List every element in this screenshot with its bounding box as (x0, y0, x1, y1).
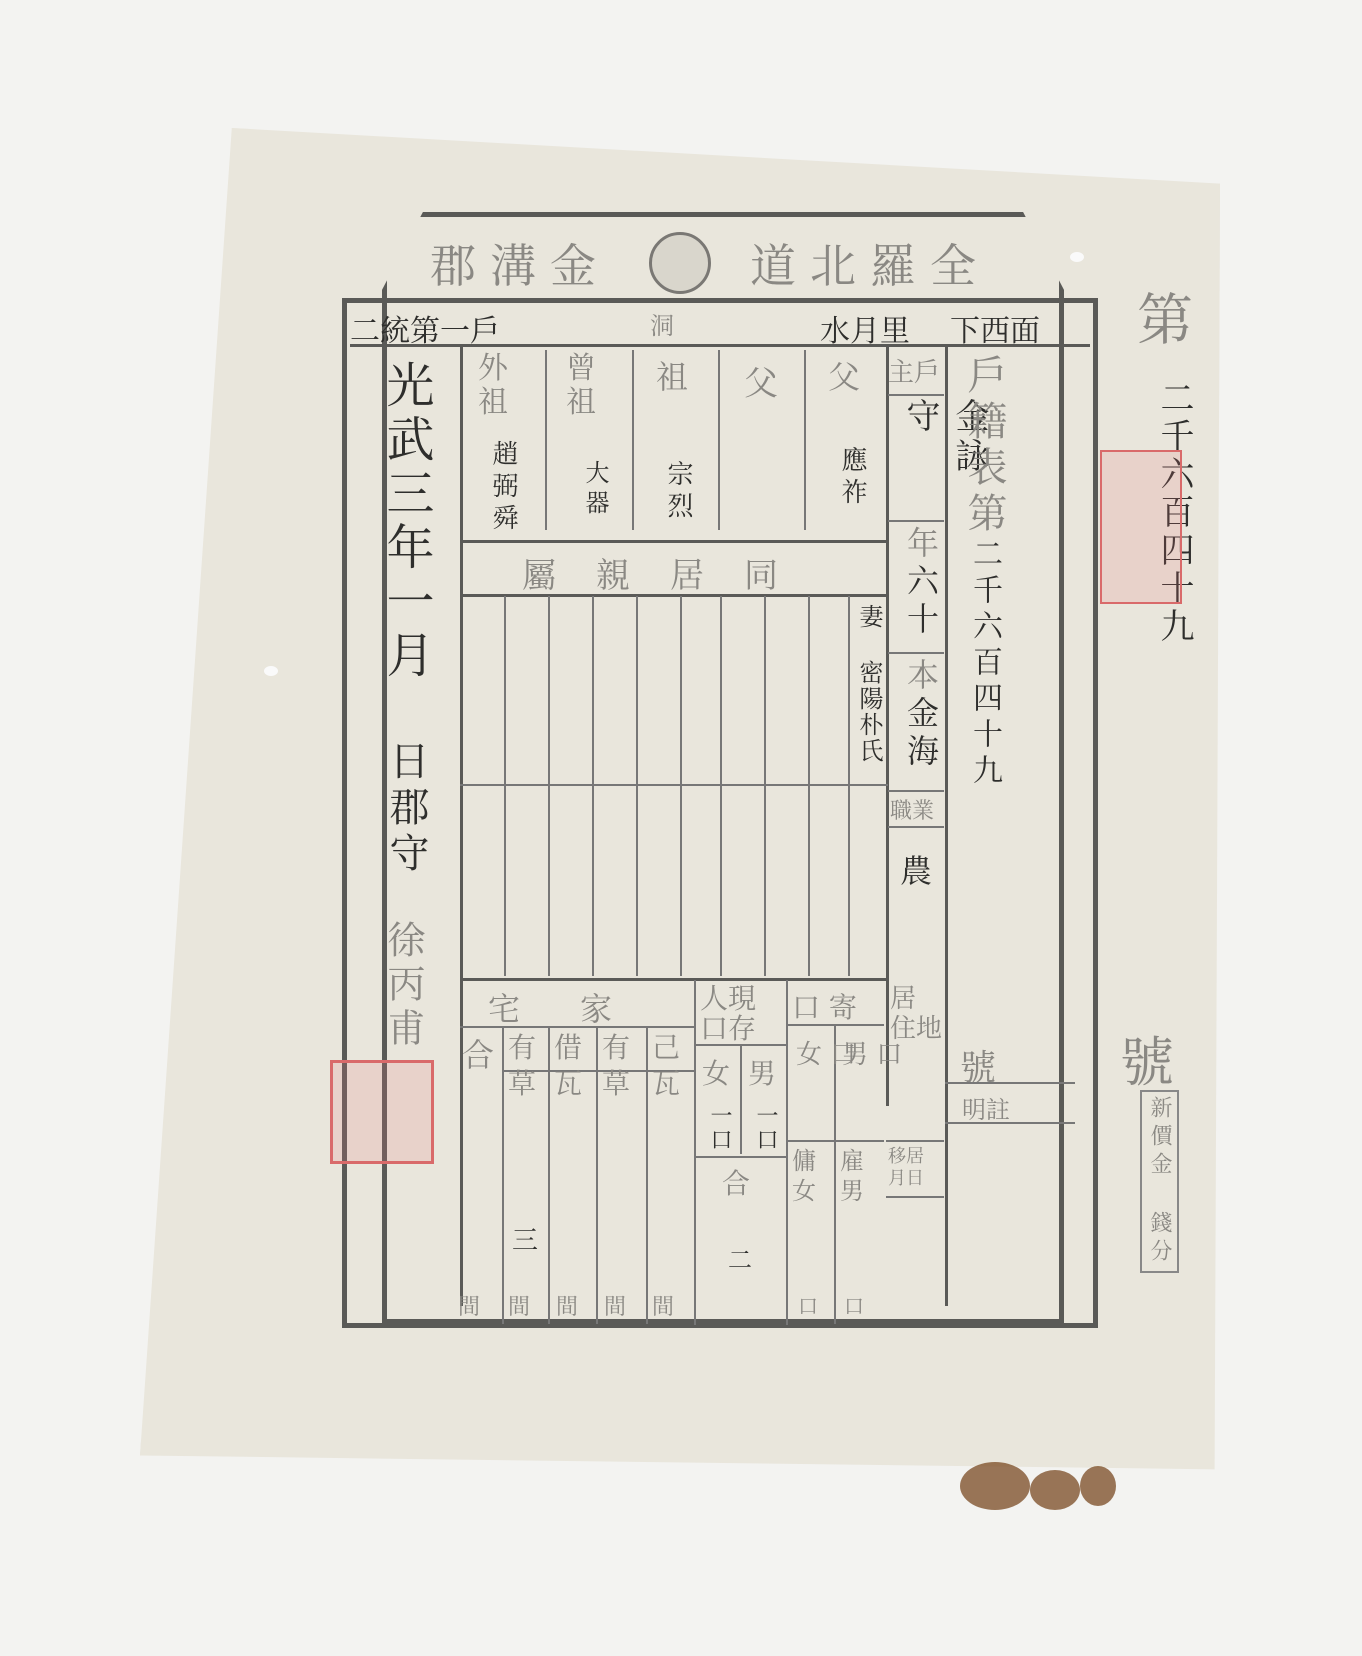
unit-4: 間 (604, 1290, 626, 1321)
day: 日 (383, 740, 429, 786)
label-maternal-grandfather: 外祖 (478, 352, 508, 420)
great-grandfather-name: 大器 (578, 460, 613, 520)
official-title: 郡守 (383, 786, 429, 878)
register-number: 二千六百四十九 (967, 538, 1002, 790)
emblem-icon (649, 232, 711, 294)
stain (1080, 1466, 1116, 1506)
official-seal (330, 1060, 434, 1164)
female-label: 女 (702, 1052, 730, 1092)
hired-female-unit: 口 (798, 1290, 818, 1319)
maternal-grandfather-name: 趙弼舜 (485, 440, 522, 536)
tong-ho: 二統第一戶 (350, 306, 500, 350)
province-title: 全羅北道 (750, 230, 990, 296)
borrowed-thatch-label: 有草 (508, 1030, 536, 1102)
population-label: 人現口存 (700, 984, 756, 1044)
cohabiting-member: 妻 密陽朴氏 (852, 604, 887, 764)
dong-label: 洞 (650, 306, 674, 341)
label-great-grandfather: 曾祖 (566, 352, 596, 420)
age-field: 年六十 (898, 526, 944, 640)
residence-label: 居住地 (890, 984, 942, 1044)
owned-tile-label: 己瓦 (652, 1030, 680, 1102)
register-title: 戶籍表 (961, 354, 1007, 492)
stub-seal (1100, 450, 1182, 604)
householder-label-cell: 主戶 (888, 352, 944, 396)
label-grandfather: 祖 (656, 352, 688, 398)
official-name: 徐丙甫 (376, 920, 431, 1052)
label-father-2: 父 (744, 356, 778, 405)
borrowed-thatch-value: 三 (512, 1220, 538, 1257)
house-header: 家宅 (470, 984, 690, 1030)
table-left-border (460, 346, 463, 1306)
county-title: 金溝郡 (430, 230, 610, 296)
house-total-label: 合 (462, 1030, 494, 1076)
pin-hole (1070, 252, 1084, 262)
myeon-name: 下西面 (950, 306, 1040, 350)
cohabiting-header: 同居親屬 (470, 548, 870, 597)
householder-label: 主戶 (888, 358, 940, 388)
month: 一月 (378, 576, 434, 684)
owned-thatch-label: 有草 (602, 1030, 630, 1102)
origin-value: 金海 (902, 696, 940, 772)
unit-3: 間 (556, 1290, 578, 1321)
origin-field: 本金海 (898, 658, 944, 772)
era: 光武 (378, 360, 434, 468)
label-father: 父 (828, 352, 860, 398)
date-day-official: 日郡守 (378, 740, 435, 878)
ri-name: 水月里 (820, 306, 910, 350)
register-number-label: 第 (961, 492, 1007, 538)
grandfather-name: 宗烈 (660, 460, 697, 524)
male-count: 一口 (750, 1104, 781, 1152)
move-date-label: 移居月日 (888, 1146, 924, 1190)
register-header: 戶籍表第二千六百四十九 (956, 354, 1013, 790)
total-value: 二 (728, 1240, 752, 1275)
year: 三年 (378, 468, 434, 576)
origin-label: 本 (902, 658, 940, 696)
notes-label: 註明 (962, 1090, 1010, 1125)
unit-5: 間 (652, 1290, 674, 1321)
pin-hole (264, 666, 278, 676)
stub-number-char: 號 (1120, 1020, 1174, 1097)
stain (1030, 1470, 1080, 1510)
date-era-year-month: 光武三年一月 (372, 360, 441, 684)
father-name: 應祚 (834, 446, 871, 510)
unit-1: 間 (458, 1290, 480, 1321)
age-label: 年 (902, 526, 940, 564)
occupation-label: 職業 (890, 794, 934, 825)
title-row: 金溝郡 全羅北道 (430, 228, 990, 298)
hired-male-unit: 口 (844, 1290, 864, 1319)
age-value: 六十 (902, 564, 940, 640)
hired-male-label: 雇男 (840, 1146, 864, 1206)
female-count: 一口 (704, 1104, 735, 1152)
borrowed-tile-label: 借瓦 (554, 1030, 582, 1102)
address-row: 二統第一戶 洞 水月里 下西面 (350, 306, 1090, 347)
total-label: 合 (722, 1162, 750, 1202)
stain (960, 1462, 1030, 1510)
hired-label: 傭女 (792, 1146, 816, 1206)
male-label: 男 (748, 1052, 776, 1092)
stub-number-label: 第 (1120, 290, 1200, 352)
stub-note: 新價金 錢分 (1140, 1090, 1179, 1273)
unit-2: 間 (508, 1290, 530, 1321)
lodger-label: 口 寄 (792, 986, 857, 1026)
occupation-value: 農 (900, 846, 932, 892)
